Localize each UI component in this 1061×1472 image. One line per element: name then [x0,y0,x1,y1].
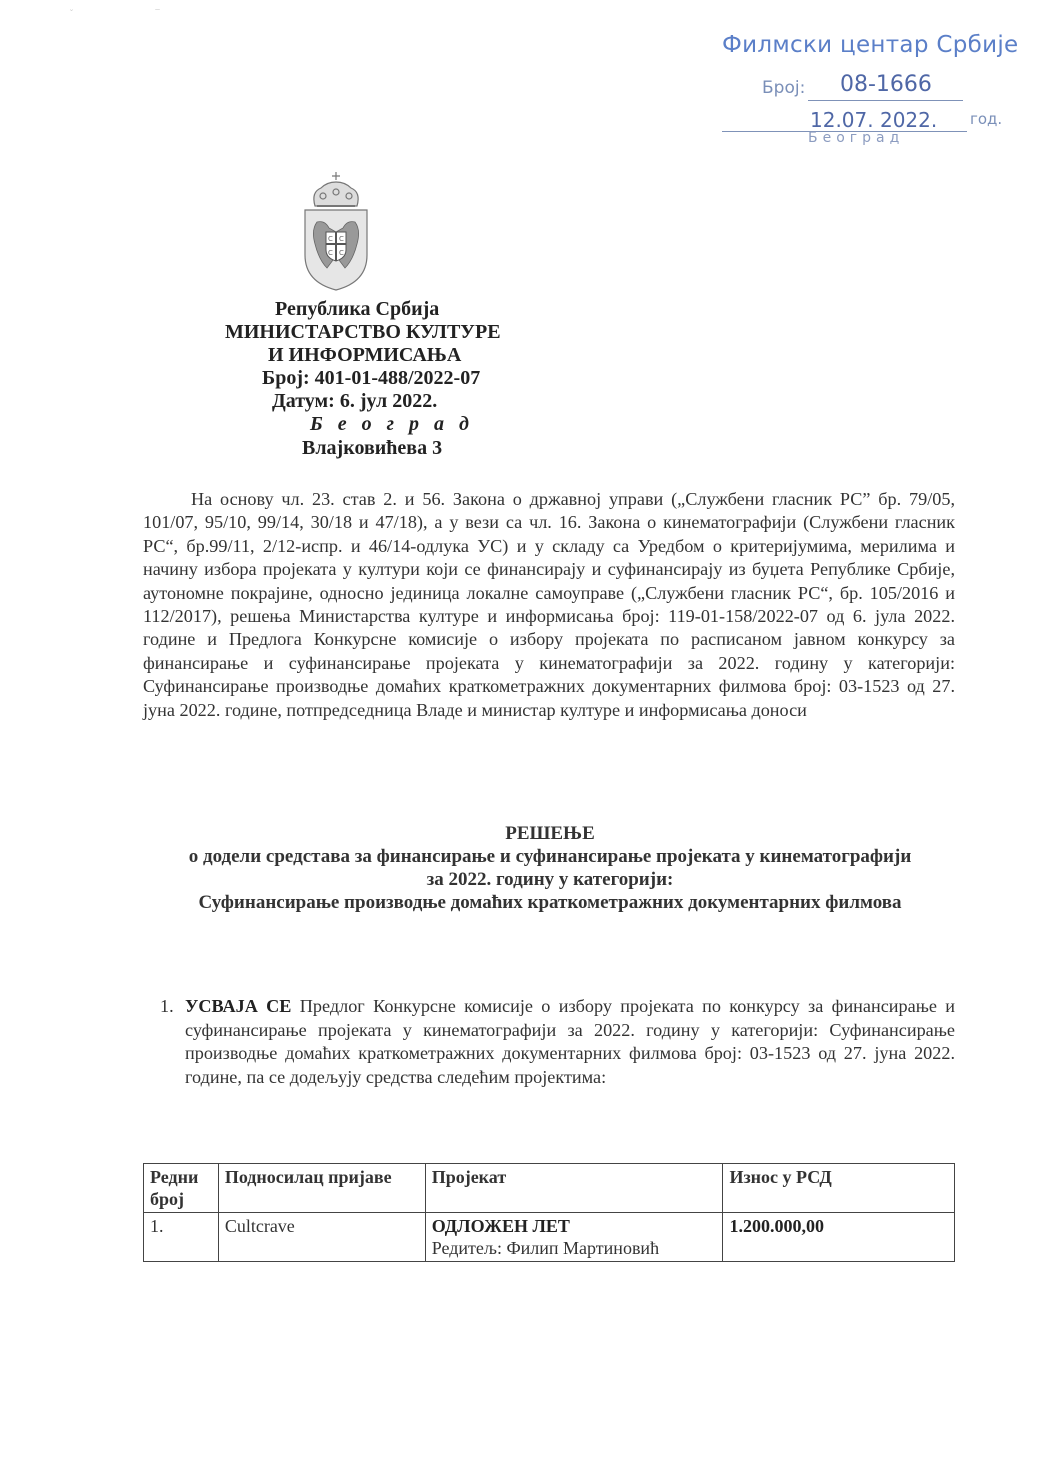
svg-text:C: C [339,249,344,257]
decision-subtitle-line3: Суфинансирање производње домаћих кратком… [140,891,960,914]
decision-title: РЕШЕЊЕ [140,822,960,845]
svg-text:C: C [339,235,344,243]
item-body: Предлог Конкурсне комисије о избору прој… [185,996,955,1087]
item-text: УСВАЈА СЕ Предлог Конкурсне комисије о и… [185,995,955,1089]
header-project: Пројекат [425,1164,723,1213]
document-city: Б е о г р а д [310,413,474,436]
receipt-stamp: Филмски центар Србије Број: 08-1666 12.0… [700,28,1040,158]
stamp-number-line [808,100,963,101]
ministry-name-line1: МИНИСТАРСТВО КУЛТУРЕ [225,321,501,344]
cell-project: ОДЛОЖЕН ЛЕТ Редитељ: Филип Мартиновић [425,1213,723,1262]
scan-specks: ˘ ¯ [70,8,200,18]
header-applicant: Подносилац пријаве [218,1164,425,1213]
stamp-number-value: 08-1666 [840,72,932,97]
stamp-city: Београд [808,130,904,146]
stamp-year-suffix: год. [970,110,1002,128]
stamp-title: Филмски центар Србије [722,32,1018,58]
table-row: 1. Cultcrave ОДЛОЖЕН ЛЕТ Редитељ: Филип … [144,1213,955,1262]
ministry-address: Влајковићева 3 [302,437,442,460]
cell-applicant: Cultcrave [218,1213,425,1262]
stamp-date-value: 12.07. 2022. [810,108,937,132]
grants-table: Редни број Подносилац пријаве Пројекат И… [143,1163,955,1262]
item-number: 1. [160,995,174,1019]
preamble-paragraph: На основу чл. 23. став 2. и 56. Закона о… [143,488,955,722]
coat-of-arms-icon: CC CC [297,170,375,295]
decision-subtitle-line2: за 2022. годину у категорији: [140,868,960,891]
document-date: Датум: 6. јул 2022. [272,390,437,413]
table-header-row: Редни број Подносилац пријаве Пројекат И… [144,1164,955,1213]
project-director: Редитељ: Филип Мартиновић [432,1237,717,1259]
document-number: Број: 401-01-488/2022-07 [262,367,480,390]
ministry-name-line2: И ИНФОРМИСАЊА [268,344,461,367]
republic-name: Република Србија [275,298,439,321]
decision-item: 1. УСВАЈА СЕ Предлог Конкурсне комисије … [160,995,955,1089]
project-title: ОДЛОЖЕН ЛЕТ [432,1215,717,1237]
item-lead: УСВАЈА СЕ [185,996,291,1016]
svg-text:C: C [328,235,333,243]
cell-serial-number: 1. [144,1213,219,1262]
cell-amount: 1.200.000,00 [723,1213,955,1262]
decision-subtitle-line1: о додели средстава за финансирање и суфи… [140,845,960,868]
svg-text:C: C [328,249,333,257]
header-serial-number: Редни број [144,1164,219,1213]
header-amount: Износ у РСД [723,1164,955,1213]
stamp-number-label: Број: [762,78,805,98]
